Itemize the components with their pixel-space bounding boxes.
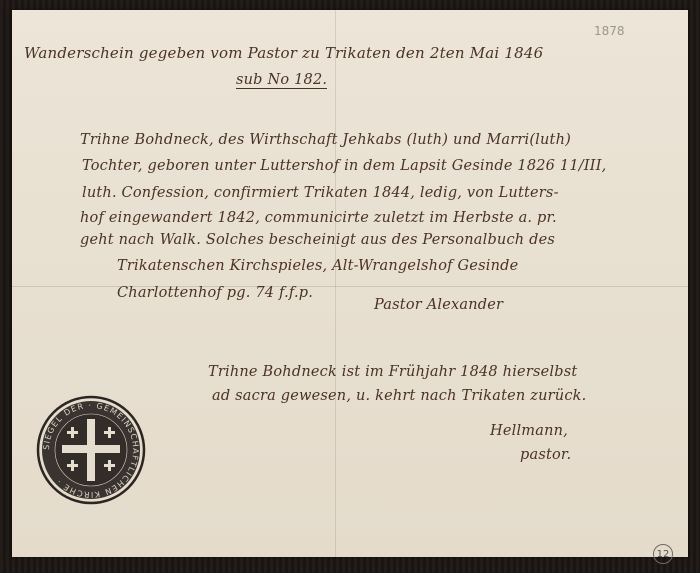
header-line-1: Wanderschein gegeben vom Pastor zu Trika… [24,44,543,62]
signature-name: Hellmann, [490,423,568,439]
body-line-3: luth. Confession, confirmiert Trikaten 1… [82,185,559,201]
body-line-5: geht nach Walk. Solches bescheinigt aus … [80,232,555,248]
church-seal-icon: SIEGEL DER · GEMEINSCHAFTLICHEN KIRCHE · [36,395,146,505]
note-line-2: ad sacra gewesen, u. kehrt nach Trikaten… [212,388,586,404]
body-line-2: Tochter, geboren unter Luttershof in dem… [82,158,606,174]
signature-pastor-1: Pastor Alexander [374,297,503,313]
body-line-1: Trihne Bohdneck, des Wirthschaft Jehkabs… [80,132,571,148]
archive-pencil-mark: 1878 [594,24,625,38]
page-number-circle: 12 [653,544,673,564]
body-line-7: Charlottenhof pg. 74 f.f.p. [117,285,313,301]
vertical-fold-line [335,10,336,557]
header-line-2: sub No 182. [236,72,327,89]
body-line-4: hof eingewandert 1842, communicirte zule… [80,210,557,226]
body-line-6: Trikatenschen Kirchspieles, Alt-Wrangels… [117,258,518,274]
horizontal-fold-line [12,286,688,287]
note-line-1: Trihne Bohdneck ist im Frühjahr 1848 hie… [208,364,577,380]
signature-title: pastor. [520,447,571,463]
